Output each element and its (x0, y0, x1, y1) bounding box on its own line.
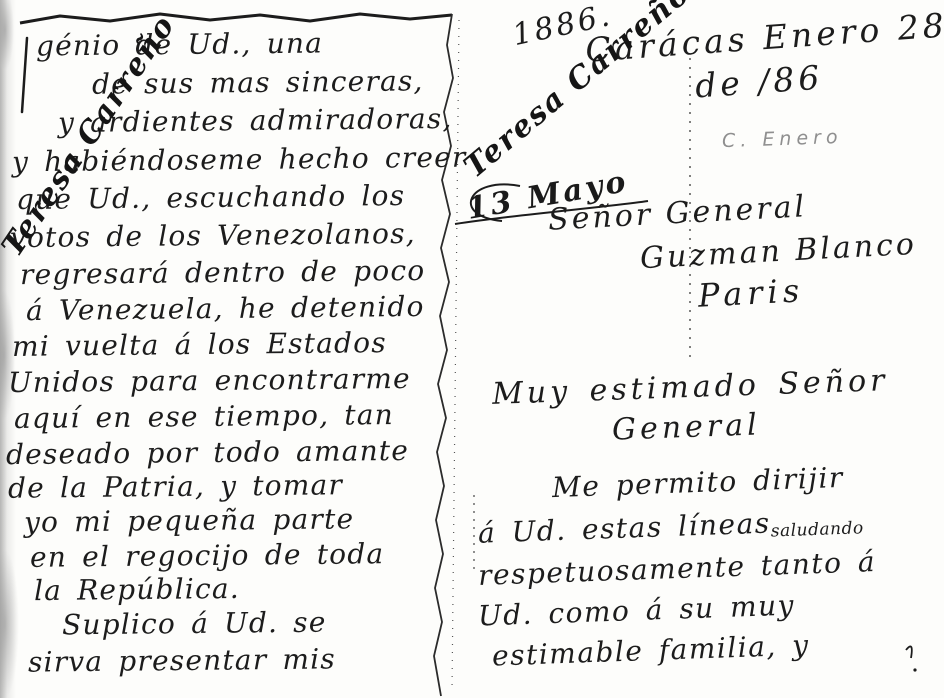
manuscript-line: yo mi pequeña parte (24, 502, 355, 538)
ink-dot (913, 668, 916, 671)
scanned-letter: génio de Ud., una de sus mas sinceras, y… (0, 0, 944, 698)
manuscript-line: Unidos para encontrarme (8, 362, 411, 399)
address-line: Paris (697, 271, 805, 315)
manuscript-line: mi vuelta á los Estados (12, 326, 387, 363)
body-line-inserted-word: saludando (771, 518, 864, 541)
archive-pencil-note: C. Enero (722, 126, 843, 152)
salutation-line: General (611, 407, 761, 447)
margin-ink-stroke (22, 38, 27, 112)
ink-mark (906, 646, 912, 658)
manuscript-line: aquí en ese tiempo, tan (14, 398, 394, 435)
divider-dotted-line (452, 20, 459, 690)
manuscript-line: de la Patria, y tomar (8, 468, 343, 505)
manuscript-line: deseado por todo amante (6, 434, 409, 471)
manuscript-line: la República. (34, 572, 240, 607)
manuscript-line: á Venezuela, he detenido (26, 290, 425, 327)
manuscript-line: regresará dentro de poco (20, 254, 426, 291)
manuscript-line: Suplico á Ud. se (62, 606, 327, 642)
torn-top-edge (20, 14, 452, 23)
manuscript-line: en el regocijo de toda (30, 537, 385, 574)
manuscript-line: sirva presentar mis (28, 642, 336, 678)
manuscript-line: votos de los Venezolanos, (10, 217, 416, 254)
